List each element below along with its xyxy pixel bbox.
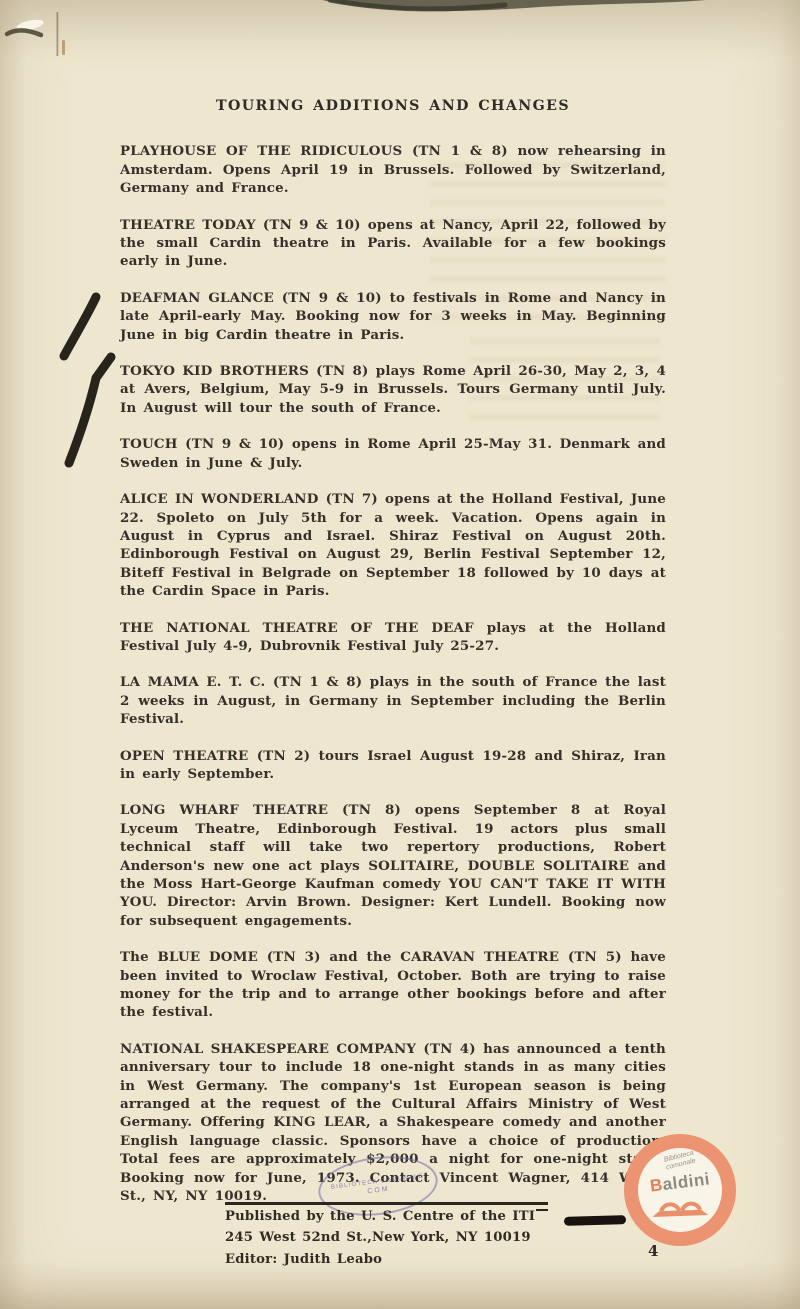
- paragraph-la-mama: LA MAMA E. T. C. (TN 1 & 8) plays in the…: [120, 673, 666, 728]
- paragraph-blue-dome-caravan: The BLUE DOME (TN 3) and the CARAVAN THE…: [120, 948, 666, 1022]
- page-number: 4: [648, 1242, 658, 1260]
- paragraph-open-theatre: OPEN THEATRE (TN 2) tours Israel August …: [120, 747, 666, 784]
- paragraph-tokyo-kid-brothers: TOKYO KID BROTHERS (TN 8) plays Rome Apr…: [120, 362, 666, 417]
- document-page: TOURING ADDITIONS AND CHANGES PLAYHOUSE …: [0, 0, 800, 1309]
- publisher-line: Published by the U. S. Centre of the ITI: [225, 1206, 565, 1227]
- document-body: TOURING ADDITIONS AND CHANGES PLAYHOUSE …: [120, 97, 666, 1224]
- paper-tear: [15, 18, 44, 33]
- rust-mark: [62, 40, 65, 55]
- paragraph-long-wharf: LONG WHARF THEATRE (TN 8) opens Septembe…: [120, 801, 666, 930]
- ink-smudge: [7, 30, 41, 35]
- baldini-library-logo: Biblioteca comunale Baldini: [624, 1134, 736, 1246]
- publisher-info: Published by the U. S. Centre of the ITI…: [225, 1206, 565, 1270]
- black-marker-redaction: [564, 1215, 626, 1226]
- logo-name-rest: aldini: [662, 1169, 711, 1194]
- paragraph-playhouse: PLAYHOUSE OF THE RIDICULOUS (TN 1 & 8) n…: [120, 142, 666, 197]
- document-title: TOURING ADDITIONS AND CHANGES: [120, 97, 666, 115]
- paragraph-alice-in-wonderland: ALICE IN WONDERLAND (TN 7) opens at the …: [120, 490, 666, 600]
- crease-line: [57, 12, 59, 56]
- paragraph-theatre-today: THEATRE TODAY (TN 9 & 10) opens at Nancy…: [120, 216, 666, 271]
- paragraph-national-theatre-deaf: THE NATIONAL THEATRE OF THE DEAF plays a…: [120, 619, 666, 656]
- editor-line: Editor: Judith Leabo: [225, 1249, 565, 1270]
- footer-divider: [225, 1202, 548, 1205]
- page-top-shadow-edge: [322, 0, 706, 11]
- paragraph-deafman-glance: DEAFMAN GLANCE (TN 9 & 10) to festivals …: [120, 289, 666, 344]
- ink-mark-slash-2: [69, 357, 111, 463]
- ink-mark-slash-1: [64, 297, 96, 356]
- page-top-shadow-edge: [330, 0, 505, 9]
- publisher-address: 245 West 52nd St.,New York, NY 10019: [225, 1227, 565, 1248]
- open-book-icon: [651, 1192, 710, 1220]
- paragraph-touch: TOUCH (TN 9 & 10) opens in Rome April 25…: [120, 435, 666, 472]
